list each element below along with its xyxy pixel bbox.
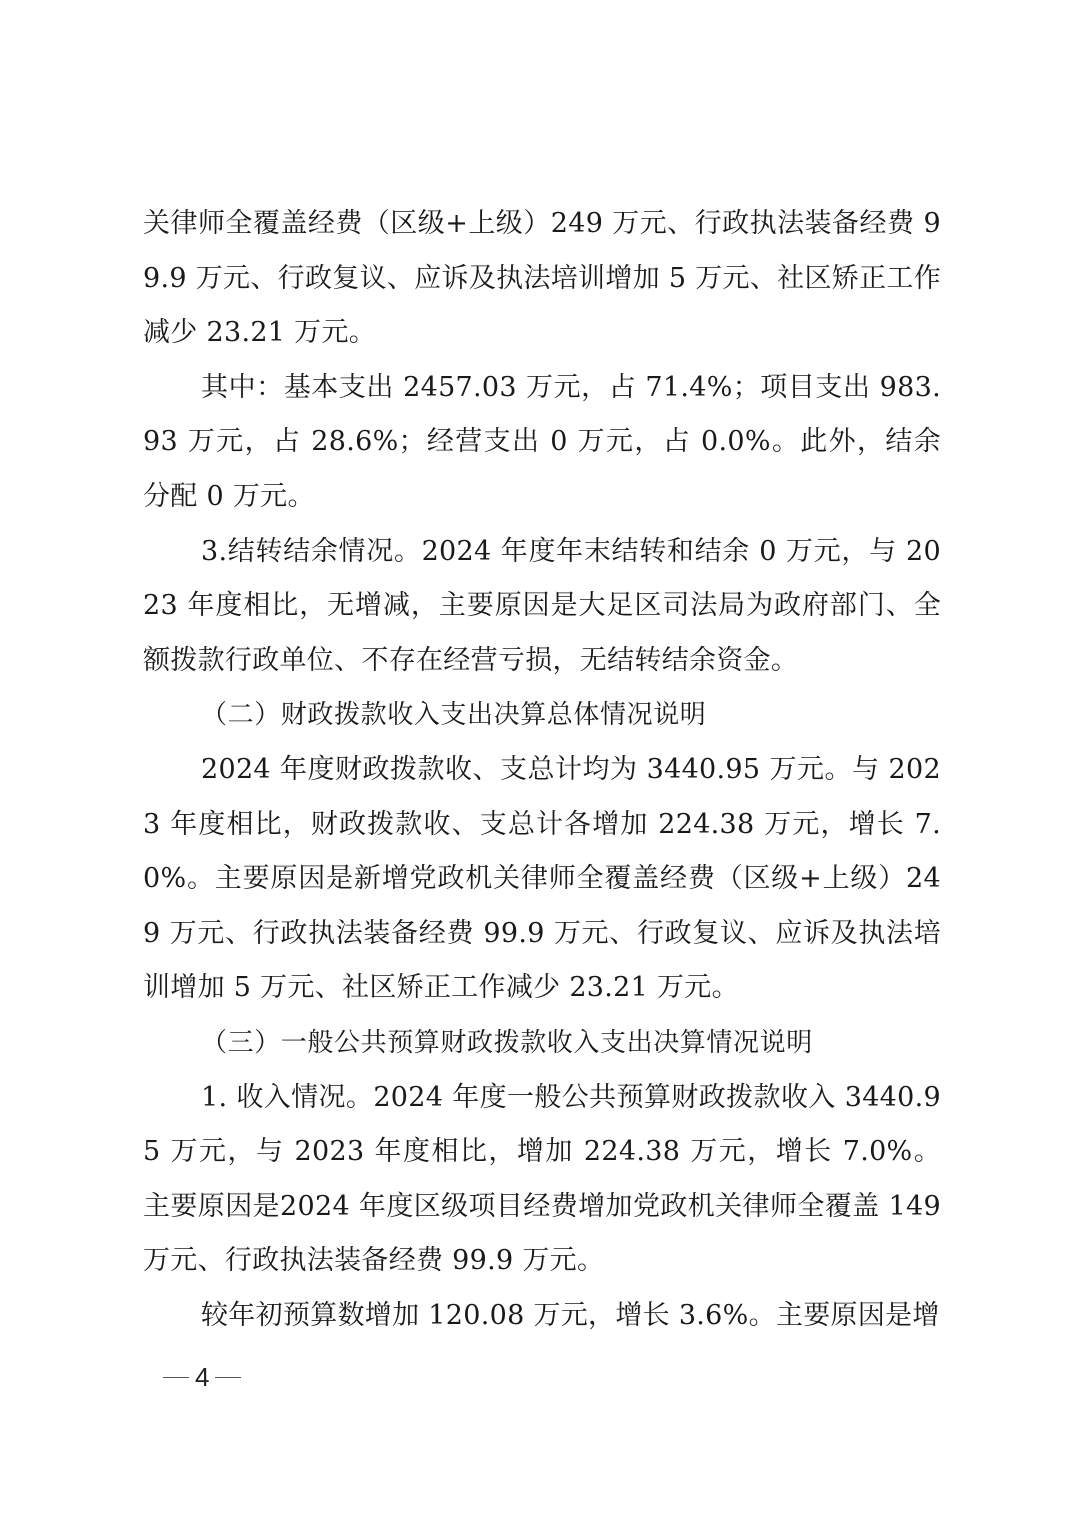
page-number: 4 (163, 1362, 241, 1393)
document-body: 关律师全覆盖经费（区级+上级）249 万元、行政执法装备经费 99.9 万元、行… (143, 197, 941, 1343)
paragraph-carryover-balance: 3.结转结余情况。2024 年度年末结转和结余 0 万元，与 2023 年度相比… (143, 525, 941, 689)
paragraph-income-situation: 1. 收入情况。2024 年度一般公共预算财政拨款收入 3440.95 万元，与… (143, 1071, 941, 1289)
section-heading-fiscal-appropriation-overall: （二）财政拨款收入支出决算总体情况说明 (143, 688, 941, 743)
section-heading-general-public-budget: （三）一般公共预算财政拨款收入支出决算情况说明 (143, 1016, 941, 1071)
paragraph-expenditure-breakdown: 其中：基本支出 2457.03 万元，占 71.4%；项目支出 983.93 万… (143, 361, 941, 525)
page-number-left-dash (163, 1377, 189, 1379)
paragraph-fiscal-appropriation-totals: 2024 年度财政拨款收、支总计均为 3440.95 万元。与 2023 年度相… (143, 743, 941, 1016)
page-number-right-dash (215, 1377, 241, 1379)
page-number-value: 4 (195, 1362, 209, 1393)
paragraph-budget-comparison: 较年初预算数增加 120.08 万元，增长 3.6%。主要原因是增 (143, 1289, 941, 1344)
paragraph-continuation: 关律师全覆盖经费（区级+上级）249 万元、行政执法装备经费 99.9 万元、行… (143, 197, 941, 361)
